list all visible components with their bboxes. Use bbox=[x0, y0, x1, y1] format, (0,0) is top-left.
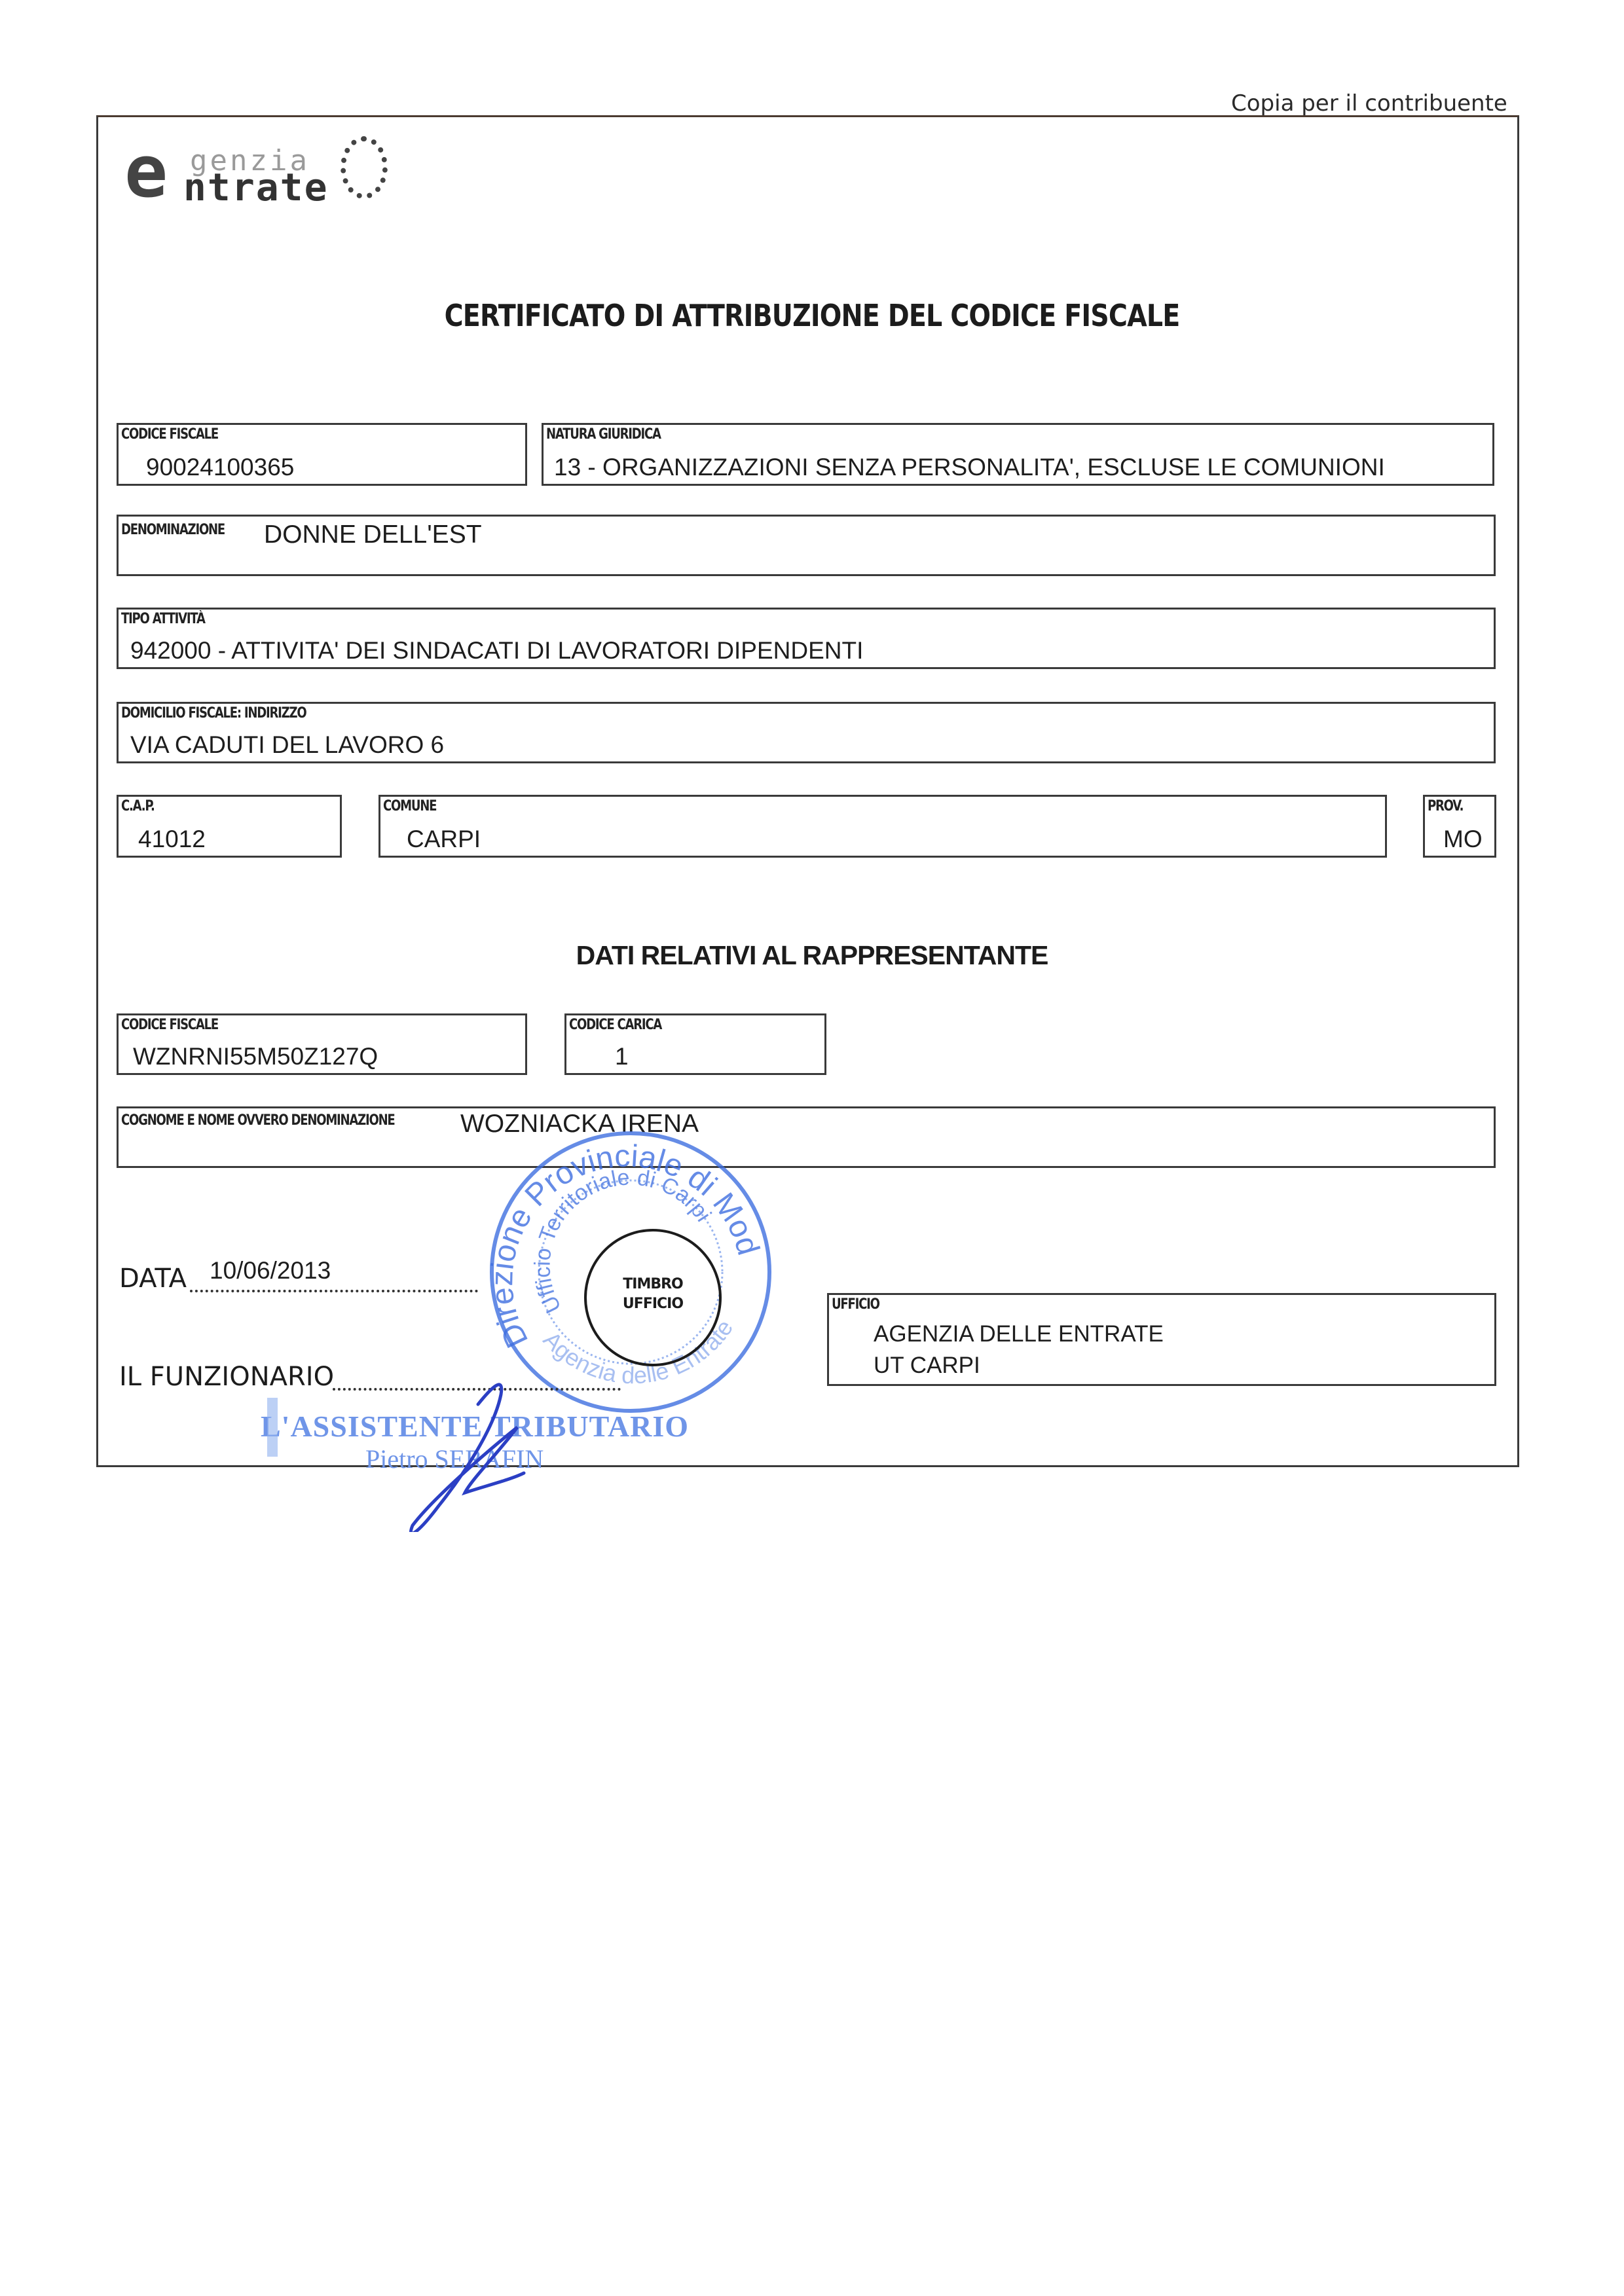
cap-field: C.A.P. 41012 bbox=[117, 795, 342, 858]
field-label: TIPO ATTIVITÀ bbox=[121, 611, 205, 627]
field-label: CODICE FISCALE bbox=[121, 1017, 218, 1033]
copy-note: Copia per il contribuente bbox=[1231, 90, 1507, 117]
timbro-line2: UFFICIO bbox=[587, 1296, 719, 1312]
prov-field: PROV. MO bbox=[1423, 795, 1496, 858]
field-label: PROV. bbox=[1428, 798, 1463, 814]
logo-initial: e bbox=[124, 140, 168, 203]
stamp-smudge bbox=[267, 1398, 278, 1457]
field-value: DONNE DELL'EST bbox=[264, 520, 482, 549]
field-value: 13 - ORGANIZZAZIONI SENZA PERSONALITA', … bbox=[554, 454, 1385, 481]
field-value: CARPI bbox=[407, 826, 481, 853]
logo-line2: ntrate bbox=[183, 165, 329, 210]
document-title: CERTIFICATO DI ATTRIBUZIONE DEL CODICE F… bbox=[114, 298, 1511, 333]
field-label: CODICE CARICA bbox=[569, 1017, 661, 1033]
section-title-representative: DATI RELATIVI AL RAPPRESENTANTE bbox=[0, 940, 1624, 971]
comune-field: COMUNE CARPI bbox=[378, 795, 1387, 858]
ufficio-line1: AGENZIA DELLE ENTRATE bbox=[874, 1321, 1164, 1347]
field-value: 90024100365 bbox=[146, 454, 294, 481]
tipo-attivita-field: TIPO ATTIVITÀ 942000 - ATTIVITA' DEI SIN… bbox=[117, 608, 1496, 669]
field-value: WZNRNI55M50Z127Q bbox=[133, 1043, 378, 1070]
field-label: COMUNE bbox=[383, 798, 436, 814]
field-label: NATURA GIURIDICA bbox=[546, 426, 661, 443]
field-value: VIA CADUTI DEL LAVORO 6 bbox=[130, 731, 444, 759]
field-value: 942000 - ATTIVITA' DEI SINDACATI DI LAVO… bbox=[130, 637, 863, 665]
field-label: UFFICIO bbox=[832, 1296, 879, 1313]
field-label: C.A.P. bbox=[121, 798, 155, 814]
data-label: DATA bbox=[119, 1264, 187, 1294]
data-dotted-line bbox=[190, 1290, 478, 1292]
denominazione-field: DENOMINAZIONE DONNE DELL'EST bbox=[117, 515, 1496, 576]
timbro-ufficio-circle: TIMBRO UFFICIO bbox=[584, 1229, 722, 1366]
domicilio-field: DOMICILIO FISCALE: INDIRIZZO VIA CADUTI … bbox=[117, 702, 1496, 763]
agency-logo: e genzia ntrate bbox=[124, 131, 432, 203]
field-value: 1 bbox=[615, 1043, 629, 1070]
field-label: COGNOME E NOME OVVERO DENOMINAZIONE bbox=[121, 1112, 395, 1129]
timbro-line1: TIMBRO bbox=[587, 1276, 719, 1292]
ufficio-field: UFFICIO AGENZIA DELLE ENTRATE UT CARPI bbox=[827, 1293, 1496, 1386]
rep-codice-fiscale-field: CODICE FISCALE WZNRNI55M50Z127Q bbox=[117, 1013, 527, 1075]
codice-carica-field: CODICE CARICA 1 bbox=[564, 1013, 826, 1075]
codice-fiscale-field: CODICE FISCALE 90024100365 bbox=[117, 423, 527, 486]
republic-emblem-icon bbox=[341, 136, 388, 199]
field-value: MO bbox=[1443, 826, 1483, 853]
signature bbox=[380, 1375, 576, 1532]
rep-nome-field: COGNOME E NOME OVVERO DENOMINAZIONE WOZN… bbox=[117, 1106, 1496, 1168]
funzionario-label: IL FUNZIONARIO bbox=[119, 1362, 334, 1392]
ufficio-line2: UT CARPI bbox=[874, 1353, 980, 1379]
data-value: 10/06/2013 bbox=[210, 1257, 331, 1285]
natura-giuridica-field: NATURA GIURIDICA 13 - ORGANIZZAZIONI SEN… bbox=[542, 423, 1494, 486]
field-value: 41012 bbox=[138, 826, 206, 853]
field-label: DENOMINAZIONE bbox=[121, 522, 225, 538]
field-label: DOMICILIO FISCALE: INDIRIZZO bbox=[121, 705, 306, 721]
field-label: CODICE FISCALE bbox=[121, 426, 218, 443]
